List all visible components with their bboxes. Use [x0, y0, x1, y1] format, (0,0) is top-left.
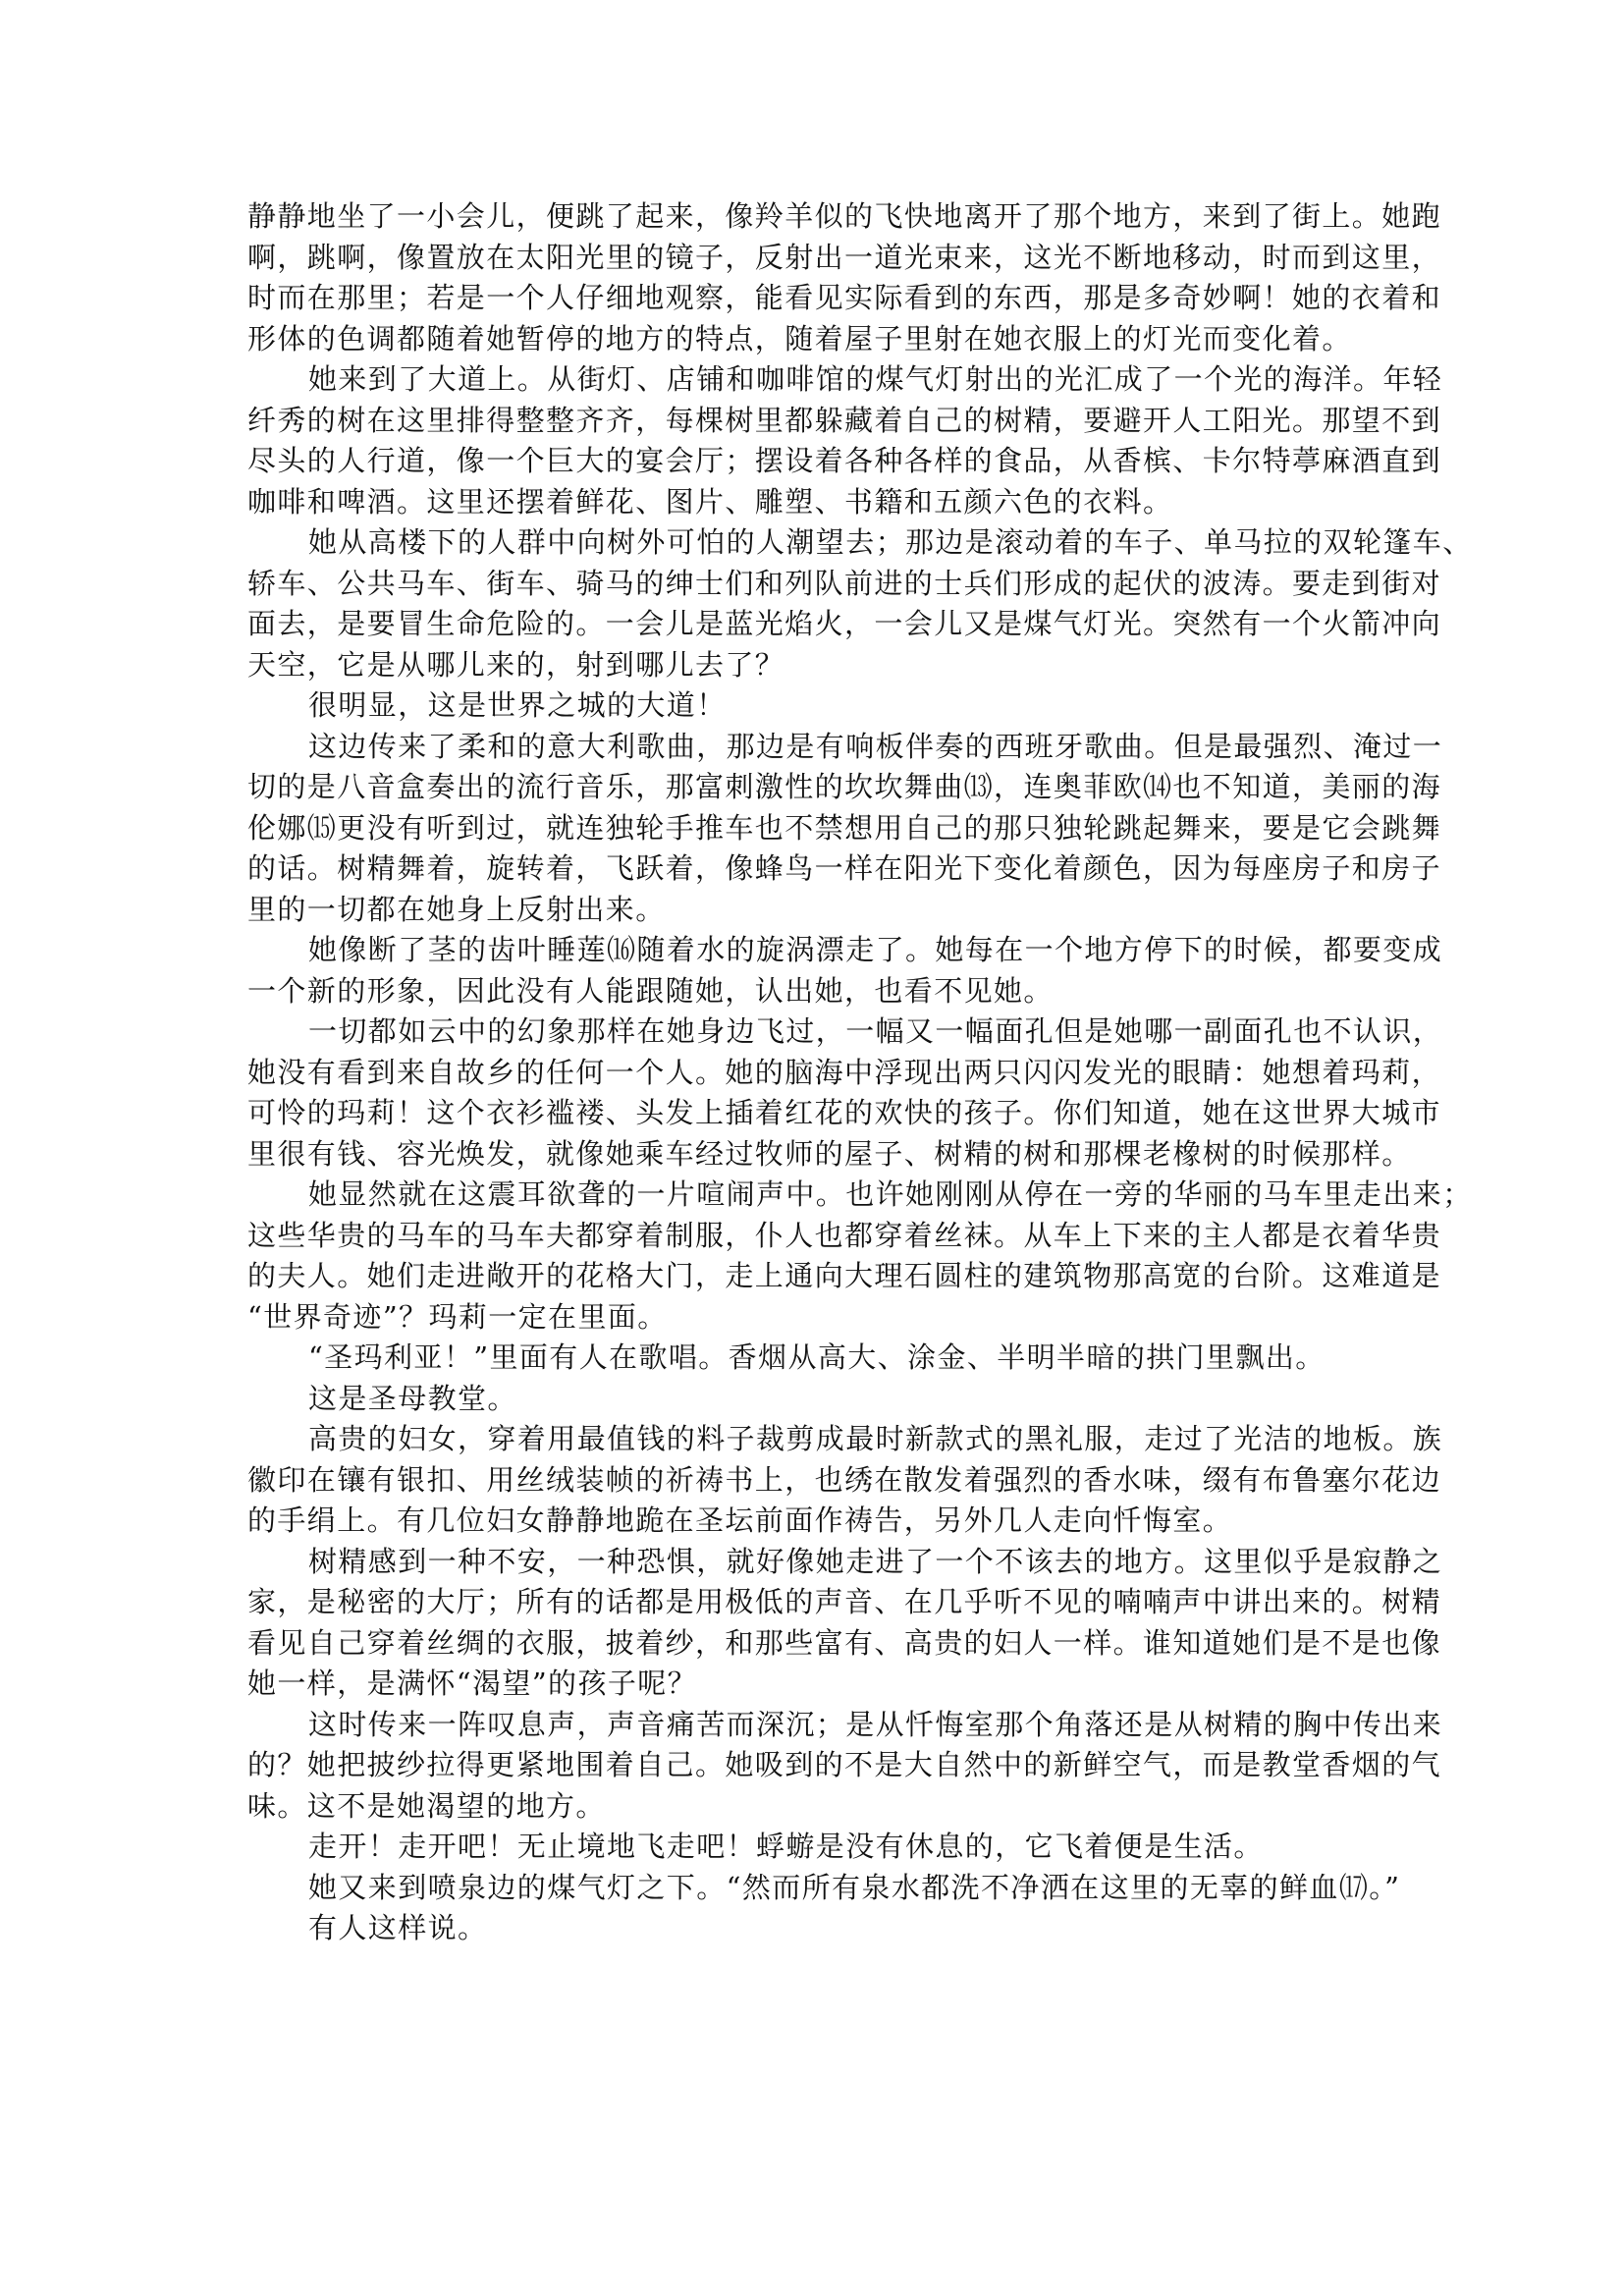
text-line: 里的一切都在她身上反射出来。 [247, 890, 1377, 931]
text-line: 这些华贵的马车的马车夫都穿着制服，仆人也都穿着丝袜。从车上下来的主人都是衣着华贵 [247, 1216, 1377, 1257]
text-line: 一个新的形象，因此没有人能跟随她，认出她，也看不见她。 [247, 971, 1377, 1012]
text-line: 家，是秘密的大厅；所有的话都是用极低的声音、在几乎听不见的喃喃声中讲出来的。树精 [247, 1582, 1377, 1623]
text-line: 有人这样说。 [247, 1908, 1377, 1949]
paragraph: 一切都如云中的幻象那样在她身边飞过，一幅又一幅面孔但是她哪一副面孔也不认识，她没… [247, 1011, 1377, 1175]
paragraph: 高贵的妇女，穿着用最值钱的料子裁剪成最时新款式的黑礼服，走过了光洁的地板。族徽印… [247, 1419, 1377, 1542]
paragraph: 这边传来了柔和的意大利歌曲，那边是有响板伴奏的西班牙歌曲。但是最强烈、淹过一切的… [247, 727, 1377, 931]
text-line: 的？她把披纱拉得更紧地围着自己。她吸到的不是大自然中的新鲜空气，而是教堂香烟的气 [247, 1745, 1377, 1786]
paragraph: 她来到了大道上。从街灯、店铺和咖啡馆的煤气灯射出的光汇成了一个光的海洋。年轻纤秀… [247, 359, 1377, 522]
paragraph: 静静地坐了一小会儿，便跳了起来，像羚羊似的飞快地离开了那个地方，来到了街上。她跑… [247, 196, 1377, 359]
text-line: 可怜的玛莉！这个衣衫褴褛、头发上插着红花的欢快的孩子。你们知道，她在这世界大城市 [247, 1093, 1377, 1134]
text-line: 啊，跳啊，像置放在太阳光里的镜子，反射出一道光束来，这光不断地移动，时而到这里， [247, 238, 1377, 279]
text-line: 形体的色调都随着她暂停的地方的特点，随着屋子里射在她衣服上的灯光而变化着。 [247, 319, 1377, 360]
text-line: 纤秀的树在这里排得整整齐齐，每棵树里都躲藏着自己的树精，要避开人工阳光。那望不到 [247, 401, 1377, 442]
text-line: 徽印在镶有银扣、用丝绒装帧的祈祷书上，也绣在散发着强烈的香水味，缀有布鲁塞尔花边 [247, 1460, 1377, 1502]
text-line: 静静地坐了一小会儿，便跳了起来，像羚羊似的飞快地离开了那个地方，来到了街上。她跑 [247, 196, 1377, 238]
text-line: 轿车、公共马车、街车、骑马的绅士们和列队前进的士兵们形成的起伏的波涛。要走到街对 [247, 564, 1377, 605]
paragraph: “圣玛利亚！”里面有人在歌唱。香烟从高大、涂金、半明半暗的拱门里飘出。 [247, 1338, 1377, 1379]
text-line: 天空，它是从哪儿来的，射到哪儿去了？ [247, 645, 1377, 686]
text-line: 这边传来了柔和的意大利歌曲，那边是有响板伴奏的西班牙歌曲。但是最强烈、淹过一 [247, 727, 1377, 768]
paragraph: 走开！走开吧！无止境地飞走吧！蜉蝣是没有休息的，它飞着便是生活。 [247, 1827, 1377, 1868]
paragraph: 她从高楼下的人群中向树外可怕的人潮望去；那边是滚动着的车子、单马拉的双轮篷车、轿… [247, 522, 1377, 685]
text-line: 她像断了茎的齿叶睡莲⒃随着水的旋涡漂走了。她每在一个地方停下的时候，都要变成 [247, 930, 1377, 971]
paragraph: 这是圣母教堂。 [247, 1379, 1377, 1420]
text-line: 她从高楼下的人群中向树外可怕的人潮望去；那边是滚动着的车子、单马拉的双轮篷车、 [247, 522, 1377, 564]
document-page: 静静地坐了一小会儿，便跳了起来，像羚羊似的飞快地离开了那个地方，来到了街上。她跑… [247, 196, 1377, 1949]
paragraph: 很明显，这是世界之城的大道！ [247, 685, 1377, 727]
text-line: 高贵的妇女，穿着用最值钱的料子裁剪成最时新款式的黑礼服，走过了光洁的地板。族 [247, 1419, 1377, 1460]
text-line: 的夫人。她们走进敞开的花格大门，走上通向大理石圆柱的建筑物那高宽的台阶。这难道是 [247, 1256, 1377, 1297]
paragraph: 这时传来一阵叹息声，声音痛苦而深沉；是从忏悔室那个角落还是从树精的胸中传出来的？… [247, 1705, 1377, 1828]
text-line: 她一样，是满怀“渴望”的孩子呢？ [247, 1664, 1377, 1705]
text-line: 伦娜⒂更没有听到过，就连独轮手推车也不禁想用自己的那只独轮跳起舞来，要是它会跳舞 [247, 808, 1377, 849]
text-line: “圣玛利亚！”里面有人在歌唱。香烟从高大、涂金、半明半暗的拱门里飘出。 [247, 1338, 1377, 1379]
text-line: 面去，是要冒生命危险的。一会儿是蓝光焰火，一会儿又是煤气灯光。突然有一个火箭冲向 [247, 604, 1377, 645]
paragraph: 树精感到一种不安，一种恐惧，就好像她走进了一个不该去的地方。这里似乎是寂静之家，… [247, 1542, 1377, 1705]
text-line: 这是圣母教堂。 [247, 1379, 1377, 1420]
text-line: 一切都如云中的幻象那样在她身边飞过，一幅又一幅面孔但是她哪一副面孔也不认识， [247, 1011, 1377, 1053]
text-line: 味。这不是她渴望的地方。 [247, 1786, 1377, 1828]
text-line: 看见自己穿着丝绸的衣服，披着纱，和那些富有、高贵的妇人一样。谁知道她们是不是也像 [247, 1623, 1377, 1665]
paragraph: 她又来到喷泉边的煤气灯之下。“然而所有泉水都洗不净洒在这里的无辜的鲜血⒄。” [247, 1868, 1377, 1909]
text-line: 走开！走开吧！无止境地飞走吧！蜉蝣是没有休息的，它飞着便是生活。 [247, 1827, 1377, 1868]
text-line: 这时传来一阵叹息声，声音痛苦而深沉；是从忏悔室那个角落还是从树精的胸中传出来 [247, 1705, 1377, 1746]
text-line: 咖啡和啤酒。这里还摆着鲜花、图片、雕塑、书籍和五颜六色的衣料。 [247, 482, 1377, 523]
text-line: 的手绢上。有几位妇女静静地跪在圣坛前面作祷告，另外几人走向忏悔室。 [247, 1501, 1377, 1542]
text-line: 树精感到一种不安，一种恐惧，就好像她走进了一个不该去的地方。这里似乎是寂静之 [247, 1542, 1377, 1583]
text-line: 时而在那里；若是一个人仔细地观察，能看见实际看到的东西，那是多奇妙啊！她的衣着和 [247, 278, 1377, 319]
text-line: 尽头的人行道，像一个巨大的宴会厅；摆设着各种各样的食品，从香槟、卡尔特葶麻酒直到 [247, 441, 1377, 482]
text-line: 很明显，这是世界之城的大道！ [247, 685, 1377, 727]
text-line: “世界奇迹”？玛莉一定在里面。 [247, 1297, 1377, 1339]
text-line: 她又来到喷泉边的煤气灯之下。“然而所有泉水都洗不净洒在这里的无辜的鲜血⒄。” [247, 1868, 1377, 1909]
text-line: 她来到了大道上。从街灯、店铺和咖啡馆的煤气灯射出的光汇成了一个光的海洋。年轻 [247, 359, 1377, 401]
paragraph: 她显然就在这震耳欲聋的一片喧闹声中。也许她刚刚从停在一旁的华丽的马车里走出来；这… [247, 1175, 1377, 1338]
text-line: 里很有钱、容光焕发，就像她乘车经过牧师的屋子、树精的树和那棵老橡树的时候那样。 [247, 1134, 1377, 1175]
text-line: 她显然就在这震耳欲聋的一片喧闹声中。也许她刚刚从停在一旁的华丽的马车里走出来； [247, 1175, 1377, 1216]
text-line: 的话。树精舞着，旋转着，飞跃着，像蜂鸟一样在阳光下变化着颜色，因为每座房子和房子 [247, 848, 1377, 890]
text-line: 切的是八音盒奏出的流行音乐，那富刺激性的坎坎舞曲⒀，连奥菲欧⒁也不知道，美丽的海 [247, 767, 1377, 808]
paragraph: 她像断了茎的齿叶睡莲⒃随着水的旋涡漂走了。她每在一个地方停下的时候，都要变成一个… [247, 930, 1377, 1011]
text-line: 她没有看到来自故乡的任何一个人。她的脑海中浮现出两只闪闪发光的眼睛：她想着玛莉， [247, 1053, 1377, 1094]
paragraph: 有人这样说。 [247, 1908, 1377, 1949]
